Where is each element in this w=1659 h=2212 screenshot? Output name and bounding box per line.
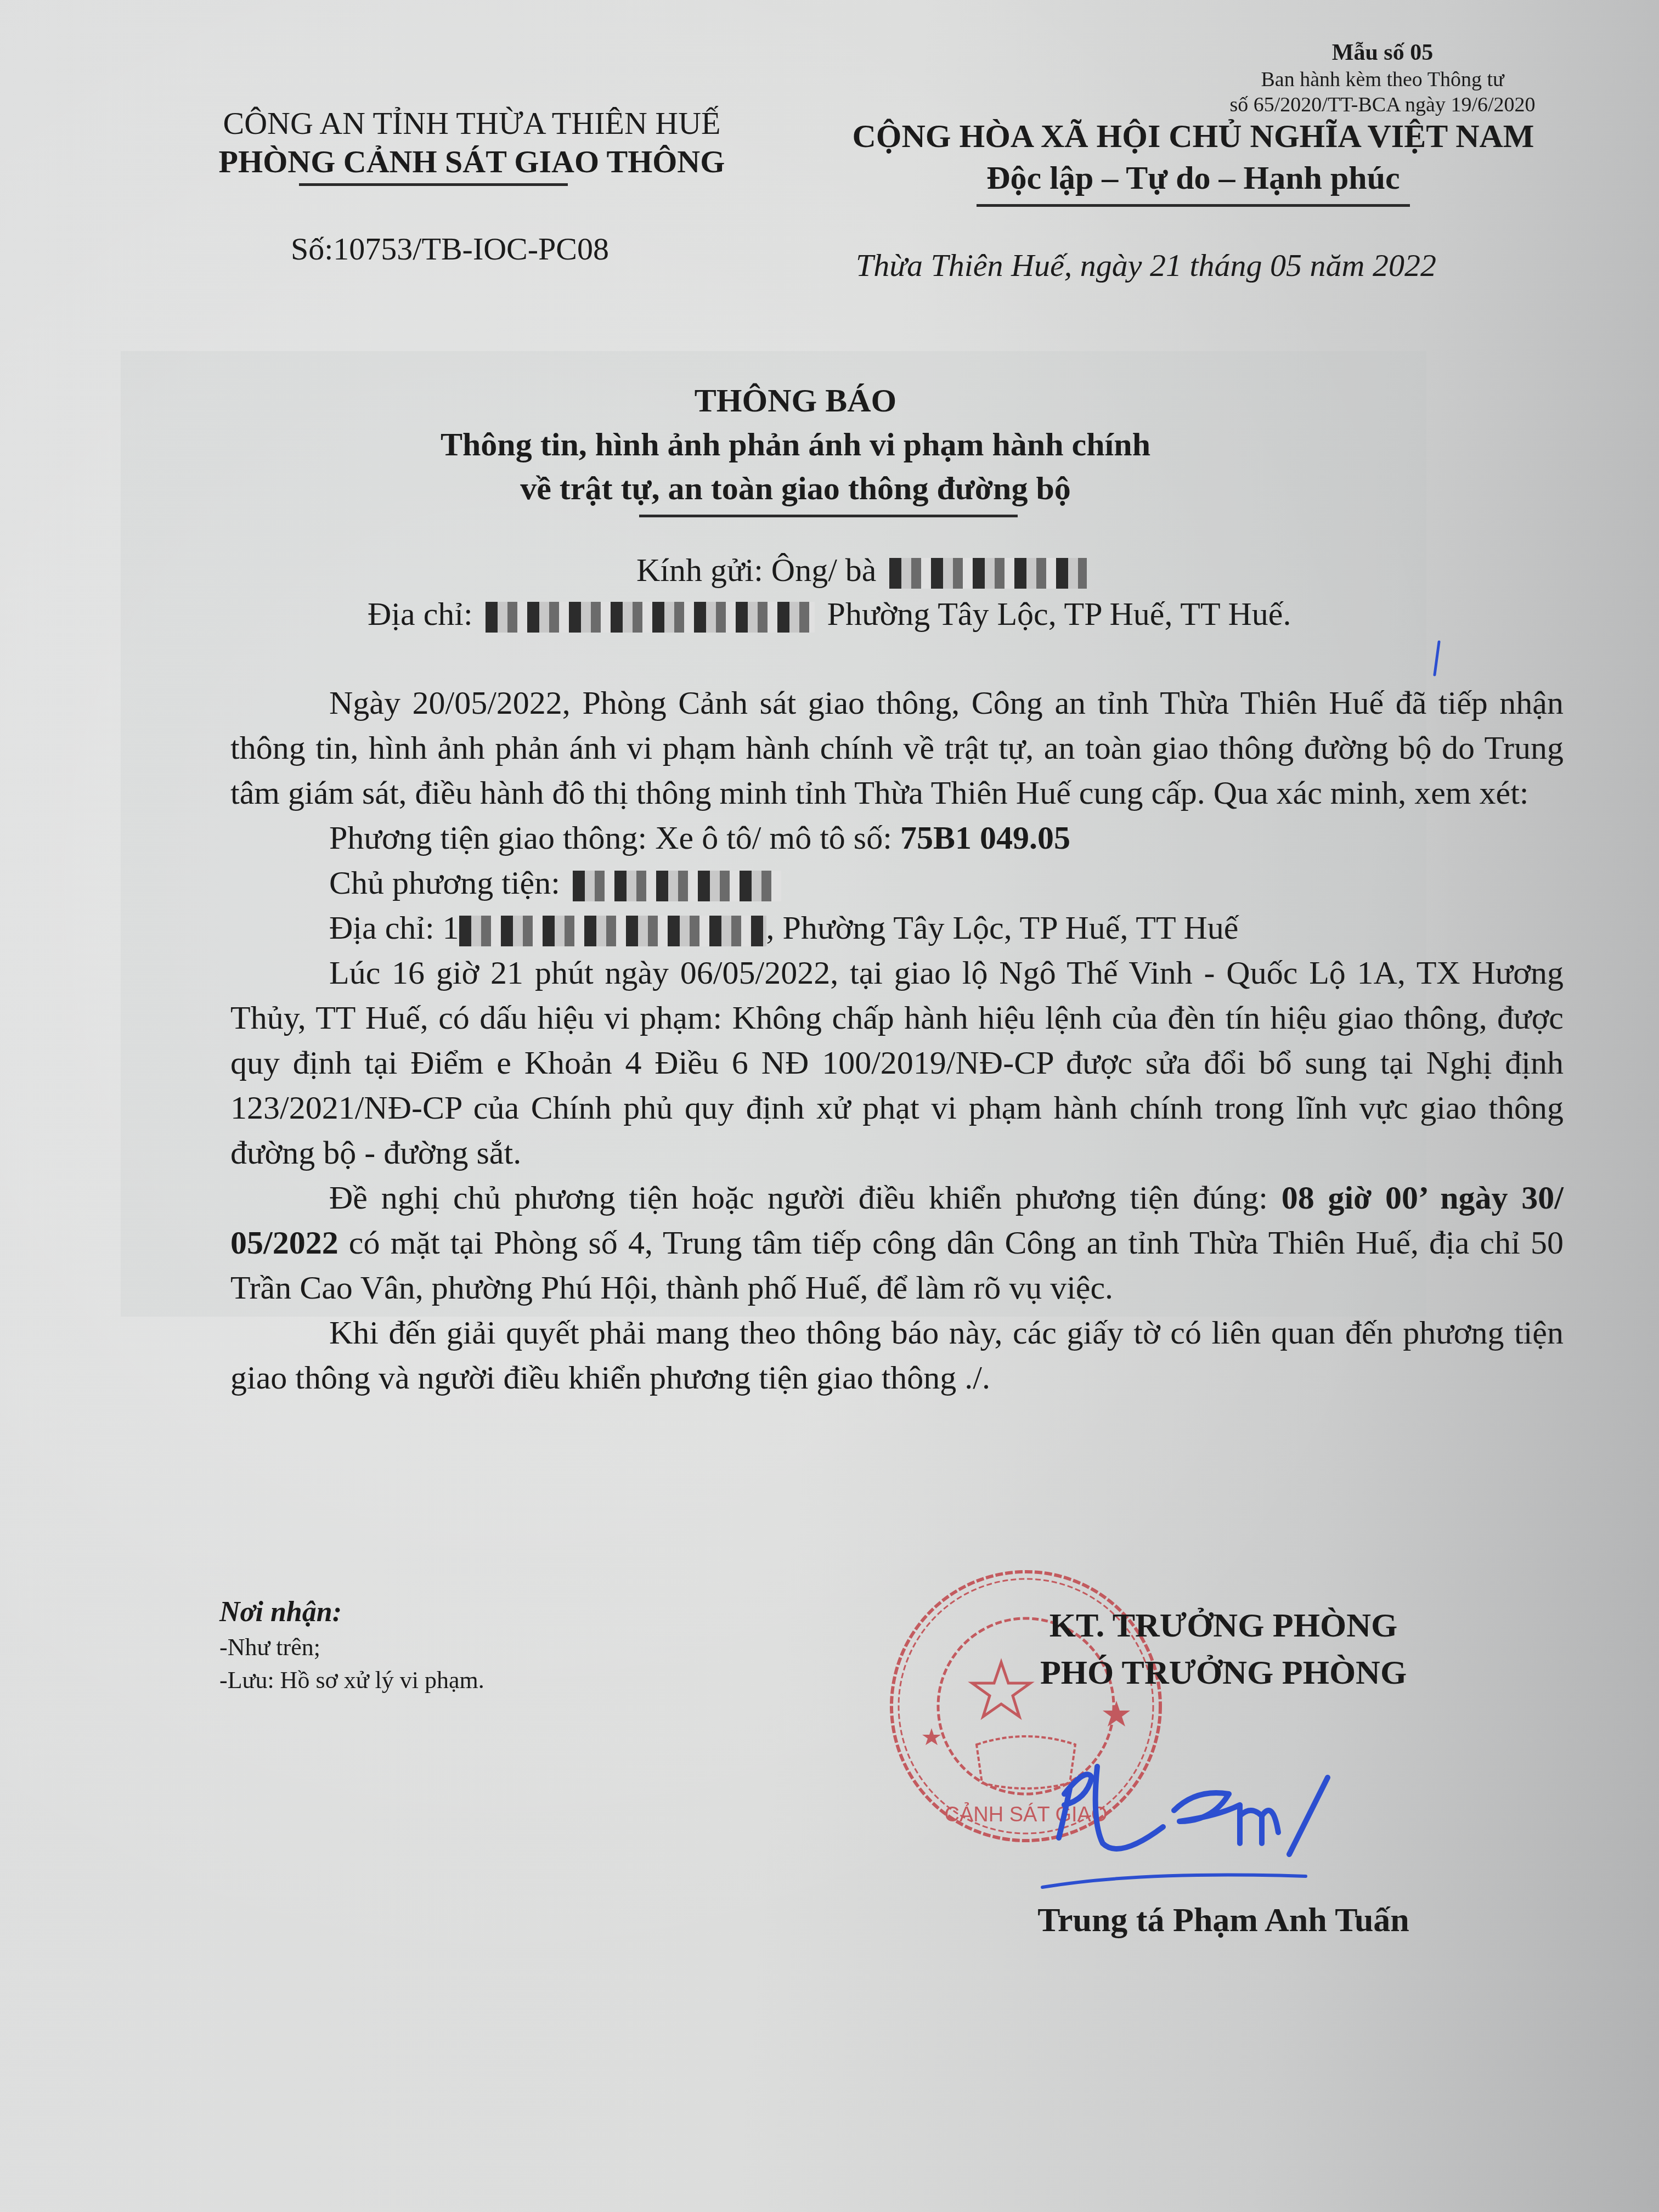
form-number-block: Mẫu số 05 Ban hành kèm theo Thông tư số …	[1185, 38, 1580, 117]
owner-label: Chủ phương tiện:	[329, 865, 560, 901]
signing-authority: KT. TRƯỞNG PHÒNG	[933, 1602, 1514, 1649]
recipient-item: -Lưu: Hồ sơ xử lý vi phạm.	[219, 1664, 484, 1697]
document-title: THÔNG BÁO	[274, 379, 1317, 422]
vehicle-line: Phương tiện giao thông: Xe ô tô/ mô tô s…	[230, 815, 1564, 860]
addressee-line: Kính gửi: Ông/ bà	[636, 551, 1091, 589]
signer-name: Trung tá Phạm Anh Tuấn	[933, 1901, 1514, 1940]
authority-line1: CÔNG AN TỈNH THỪA THIÊN HUẾ	[176, 104, 768, 143]
pen-mark-icon	[1429, 639, 1446, 678]
nation-motto: Độc lập – Tự do – Hạnh phúc	[795, 157, 1591, 199]
address-tail: Phường Tây Lộc, TP Huế, TT Huế.	[827, 596, 1291, 632]
vehicle-label: Phương tiện giao thông: Xe ô tô/ mô tô s…	[329, 820, 892, 856]
paragraph-summons: Đề nghị chủ phương tiện hoặc người điều …	[230, 1175, 1564, 1310]
nation-name: CỘNG HÒA XÃ HỘI CHỦ NGHĨA VIỆT NAM	[795, 115, 1591, 157]
redacted-address	[486, 602, 815, 633]
owner-address-line: Địa chỉ: 1, Phường Tây Lộc, TP Huế, TT H…	[230, 905, 1564, 950]
authority-line2: PHÒNG CẢNH SÁT GIAO THÔNG	[176, 143, 768, 181]
addressee-label: Kính gửi: Ông/ bà	[636, 552, 877, 588]
document-heading: THÔNG BÁO Thông tin, hình ảnh phản ánh v…	[274, 379, 1317, 517]
redacted-name	[889, 558, 1087, 589]
redacted-owner-address	[459, 916, 766, 946]
signer-title: PHÓ TRƯỞNG PHÒNG	[933, 1649, 1514, 1696]
place-and-date: Thừa Thiên Huế, ngày 21 tháng 05 năm 202…	[856, 247, 1436, 284]
paragraph-violation: Lúc 16 giờ 21 phút ngày 06/05/2022, tại …	[230, 950, 1564, 1175]
handwritten-signature-icon	[1031, 1734, 1415, 1898]
paragraph-documents: Khi đến giải quyết phải mang theo thông …	[230, 1310, 1564, 1400]
document-subtitle-2: về trật tự, an toàn giao thông đường bộ	[274, 466, 1317, 510]
form-circular-ref: số 65/2020/TT-BCA ngày 19/6/2020	[1185, 92, 1580, 117]
paragraph-received: Ngày 20/05/2022, Phòng Cảnh sát giao thô…	[230, 680, 1564, 815]
recipient-item: -Như trên;	[219, 1631, 484, 1664]
document-subtitle-1: Thông tin, hình ảnh phản ánh vi phạm hàn…	[274, 422, 1317, 466]
redacted-owner	[573, 871, 781, 901]
vehicle-plate: 75B1 049.05	[900, 820, 1070, 856]
form-number: Mẫu số 05	[1185, 38, 1580, 67]
addressee-address-line: Địa chỉ: Phường Tây Lộc, TP Huế, TT Huế.	[368, 595, 1291, 633]
document-number: Số:10753/TB-IOC-PC08	[291, 230, 609, 267]
authority-underline	[299, 183, 568, 186]
owner-address-tail: , Phường Tây Lộc, TP Huế, TT Huế	[766, 910, 1239, 946]
owner-address-label: Địa chỉ: 1	[329, 910, 459, 946]
heading-underline	[639, 515, 1018, 517]
signature-block: KT. TRƯỞNG PHÒNG PHÓ TRƯỞNG PHÒNG	[933, 1602, 1514, 1696]
notice-body: Ngày 20/05/2022, Phòng Cảnh sát giao thô…	[230, 680, 1564, 1400]
address-label: Địa chỉ:	[368, 596, 473, 632]
owner-line: Chủ phương tiện:	[230, 860, 1564, 905]
form-issued-with: Ban hành kèm theo Thông tư	[1185, 67, 1580, 92]
summons-text: Đề nghị chủ phương tiện hoặc người điều …	[329, 1180, 1282, 1216]
motto-underline	[977, 204, 1410, 207]
national-header: CỘNG HÒA XÃ HỘI CHỦ NGHĨA VIỆT NAM Độc l…	[795, 115, 1591, 207]
issuing-authority: CÔNG AN TỈNH THỪA THIÊN HUẾ PHÒNG CẢNH S…	[176, 104, 768, 186]
recipients-block: Nơi nhận: -Như trên; -Lưu: Hồ sơ xử lý v…	[219, 1594, 484, 1697]
summons-location: có mặt tại Phòng số 4, Trung tâm tiếp cô…	[230, 1224, 1564, 1306]
recipients-heading: Nơi nhận:	[219, 1594, 484, 1631]
